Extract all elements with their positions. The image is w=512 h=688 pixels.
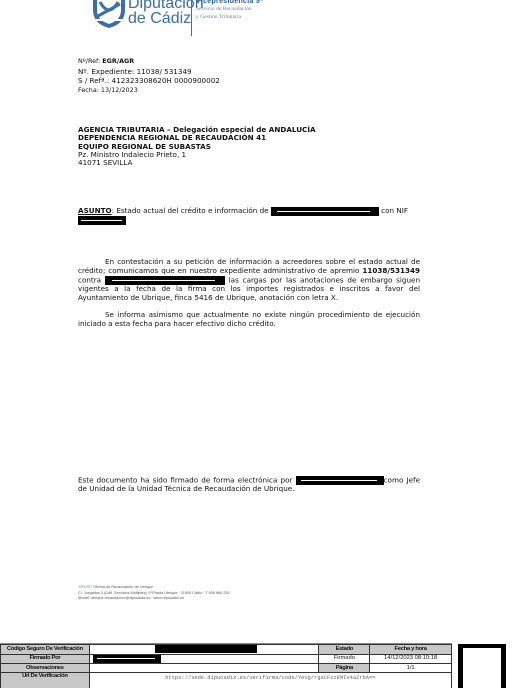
service-subtitle: Servicio de Recaudación y Gestión Tribut… <box>196 6 252 21</box>
observations-value <box>89 664 319 673</box>
redacted-name <box>271 207 379 216</box>
reference-block: Nº/Ref: EGR/AGR Nº. Expediente: 11038/ 5… <box>78 57 220 95</box>
office-name: Oficina de Recaudación de Ubrique <box>92 585 153 589</box>
pagina-value: 1/1 <box>370 664 452 673</box>
service-line-2: y Gestión Tributaria <box>196 14 252 22</box>
verification-url[interactable]: https://sede.dipucadiz.es/verifirma/code… <box>89 673 451 688</box>
recipient-line-5: 41071 SEVILLA <box>78 159 316 167</box>
office-info: SRX057 Oficina de Recaudación de Ubrique… <box>78 585 230 602</box>
header-divider <box>191 0 192 36</box>
signed-by-value <box>89 654 319 664</box>
fecha-hora-label: Fecha y hora <box>370 645 452 655</box>
nref-line: Nº/Ref: EGR/AGR <box>78 57 220 67</box>
p3-text-a: Este documento ha sido firmado de forma … <box>78 476 296 485</box>
diputacion-logo-icon <box>92 0 126 28</box>
subject-line: ASUNTO: Estado actual del crédito e info… <box>78 206 438 225</box>
brand-line-2: de Cádiz <box>128 11 204 26</box>
vicepresidencia-title: Vicepresidencia 5ª <box>196 0 263 5</box>
fecha-hora-value: 14/12/2023 08:10:18 <box>370 654 452 664</box>
expediente-line: Nº. Expediente: 11038/ 531349 <box>78 67 220 77</box>
pagina-label: Página <box>319 664 370 673</box>
observations-label: Observaciones <box>1 664 90 673</box>
nref-label: Nº/Ref: <box>78 57 102 65</box>
office-contact: @mail: ubrique.recaudacion@dipucadiz.es … <box>78 596 230 602</box>
csv-label: Código Seguro De Verificación <box>1 645 90 655</box>
estado-value: Firmado <box>319 654 370 664</box>
verification-table: Código Seguro De Verificación Estado Fec… <box>0 644 452 688</box>
recipient-address: AGENCIA TRIBUTARIA – Delegación especial… <box>78 126 316 167</box>
redacted-signed-by <box>93 655 161 663</box>
p1-text-b: contra <box>78 275 105 284</box>
p1-expediente: 11038/531349 <box>362 266 420 275</box>
redacted-nif <box>78 216 126 225</box>
signed-by-label: Firmado Por <box>1 654 90 664</box>
qr-code-icon <box>463 648 501 688</box>
redacted-signer <box>296 476 384 485</box>
nref-value: EGR/AGR <box>102 57 134 65</box>
csv-value <box>89 645 319 655</box>
signature-paragraph: Este documento ha sido firmado de forma … <box>78 476 420 494</box>
redacted-debtor <box>105 276 225 285</box>
p2-text: Se informa asimismo que actualmente no e… <box>78 310 420 328</box>
body-paragraph-2: Se informa asimismo que actualmente no e… <box>78 311 420 329</box>
fecha-line: Fecha: 13/12/2023 <box>78 86 220 96</box>
estado-label: Estado <box>319 645 370 655</box>
brand-name: Diputación de Cádiz <box>128 0 204 26</box>
sref-line: S / Refª.: 412323308620H 0000900002 <box>78 76 220 86</box>
url-label: Url De Verificación <box>1 673 90 688</box>
body-paragraph-1: En contestación a su petición de informa… <box>78 258 420 302</box>
office-code: SRX057 <box>78 585 92 589</box>
service-line-1: Servicio de Recaudación <box>196 6 252 14</box>
redacted-csv <box>155 645 257 653</box>
subject-nif: con NIF <box>379 206 408 215</box>
subject-label: ASUNTO <box>78 206 112 215</box>
subject-text: : Estado actual del crédito e informació… <box>112 206 271 215</box>
